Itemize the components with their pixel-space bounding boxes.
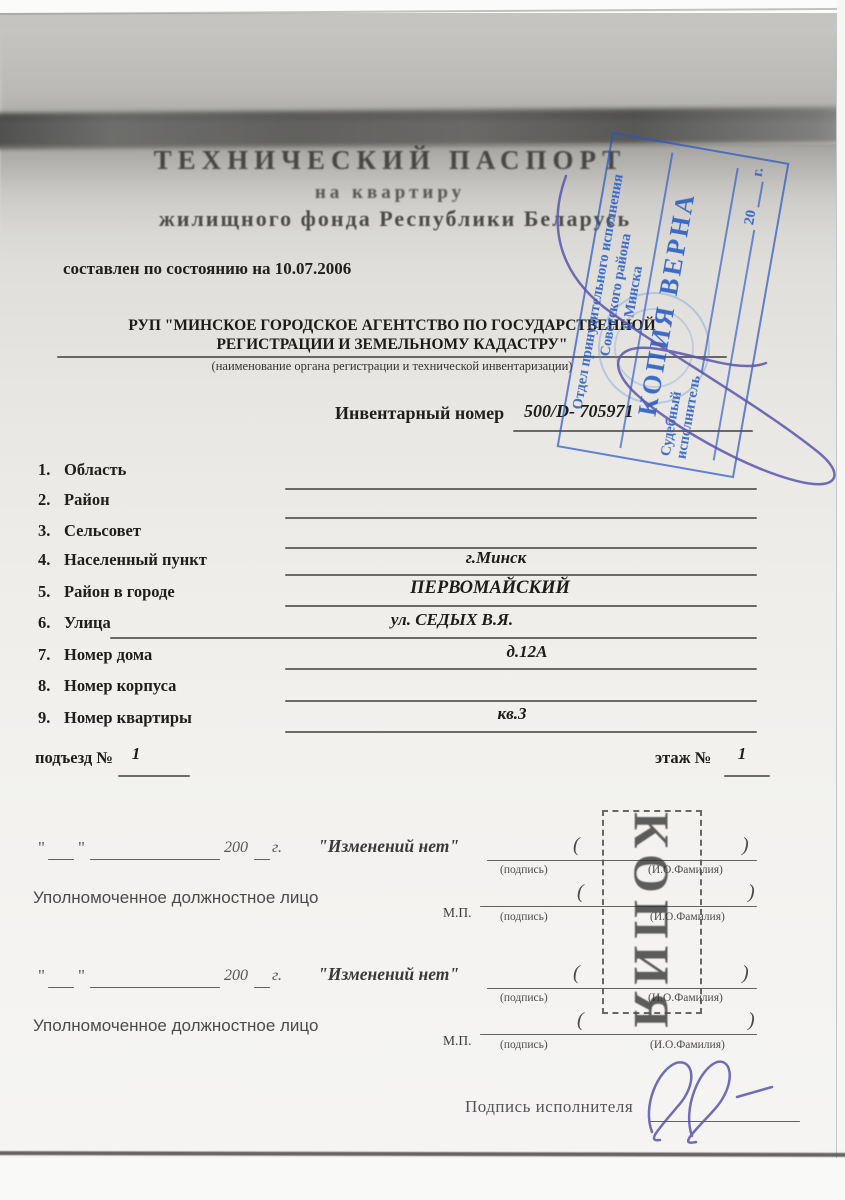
signature-caption: (подпись) <box>500 864 548 876</box>
copy-watermark-text: КОПИЯ <box>604 812 700 1012</box>
inventory-number-label: Инвентарный номер <box>335 403 504 424</box>
field-number: 2. <box>38 490 50 510</box>
date-quote-close: " <box>78 838 85 858</box>
scan-right-margin <box>837 0 845 1200</box>
field-value-apartment-number: кв.3 <box>498 704 527 724</box>
signature-caption: (подпись) <box>500 911 548 923</box>
official-label: Уполномоченное должностное лицо <box>33 888 318 908</box>
floor-label: этаж № <box>655 748 711 768</box>
paren-close: ) <box>742 834 749 857</box>
paren-open: ( <box>577 881 584 904</box>
stamp-year-suffix: г. <box>750 166 768 178</box>
paren-close: ) <box>742 962 749 985</box>
signature-caption: (подпись) <box>500 1039 548 1051</box>
field-line <box>285 488 757 490</box>
field-number: 1. <box>38 460 50 480</box>
date-day-line <box>48 987 74 988</box>
entrance-underline <box>118 775 190 777</box>
field-line <box>285 668 757 670</box>
date-year-suffix: г. <box>272 839 282 857</box>
field-line <box>285 517 757 519</box>
copy-watermark-stamp: КОПИЯ <box>602 810 702 1014</box>
entrance-label: подъезд № <box>35 748 113 768</box>
field-line <box>285 731 757 733</box>
official-label: Уполномоченное должностное лицо <box>33 1016 318 1036</box>
field-number: 5. <box>38 582 50 602</box>
field-label-selsovet: Сельсовет <box>64 521 141 541</box>
paren-open: ( <box>573 962 580 985</box>
compiled-date-line: составлен по состоянию на 10.07.2006 <box>63 259 351 279</box>
paren-close: ) <box>748 1009 755 1032</box>
date-month-line <box>90 987 220 988</box>
field-label-settlement: Населенный пункт <box>64 550 207 570</box>
field-number: 3. <box>38 521 50 541</box>
date-year: 200 <box>224 967 248 985</box>
field-number: 8. <box>38 676 50 696</box>
date-quote-open: " <box>38 966 45 986</box>
field-label-street: Улица <box>64 613 111 633</box>
field-label-building-number: Номер корпуса <box>64 676 176 696</box>
field-number: 6. <box>38 613 50 633</box>
date-year: 200 <box>224 839 248 857</box>
signature-line <box>480 1034 757 1035</box>
stamp-year: 20 <box>741 209 760 227</box>
field-value-street: ул. СЕДЫХ В.Я. <box>391 610 513 630</box>
date-year-suffix: г. <box>272 967 282 985</box>
field-label-house-number: Номер дома <box>64 645 152 665</box>
no-changes-note: "Изменений нет" <box>318 964 459 985</box>
field-label-raion: Район <box>64 490 110 510</box>
scanned-technical-passport-page: ТЕХНИЧЕСКИЙ ПАСПОРТ на квартиру жилищног… <box>0 0 845 1200</box>
date-year-line <box>254 859 270 860</box>
field-value-settlement: г.Минск <box>466 548 526 568</box>
field-label-apartment-number: Номер квартиры <box>64 708 192 728</box>
signature-caption: (подпись) <box>500 992 548 1004</box>
date-year-line <box>254 987 270 988</box>
scan-bottom-margin <box>0 1158 845 1200</box>
floor-value: 1 <box>738 744 747 764</box>
field-line <box>110 637 757 639</box>
field-value-house-number: д.12А <box>506 642 547 662</box>
seal-mark: М.П. <box>443 1033 472 1049</box>
date-quote-close: " <box>78 966 85 986</box>
paper-right-edge <box>836 80 837 1160</box>
paren-close: ) <box>748 881 755 904</box>
field-line <box>285 574 757 576</box>
executor-signature-line <box>650 1121 800 1122</box>
seal-mark: М.П. <box>443 905 472 921</box>
date-day-line <box>48 859 74 860</box>
field-line <box>285 700 757 702</box>
field-line <box>285 605 757 607</box>
paren-open: ( <box>577 1009 584 1032</box>
date-month-line <box>90 859 220 860</box>
no-changes-note: "Изменений нет" <box>318 836 459 857</box>
field-label-city-district: Район в городе <box>64 582 175 602</box>
field-number: 7. <box>38 645 50 665</box>
entrance-value: 1 <box>132 744 141 764</box>
paren-open: ( <box>573 834 580 857</box>
floor-underline <box>724 775 770 777</box>
scan-dark-band <box>0 107 845 149</box>
executor-signature-label: Подпись исполнителя <box>465 1097 633 1117</box>
date-quote-open: " <box>38 838 45 858</box>
field-label-oblast: Область <box>64 460 126 480</box>
field-number: 4. <box>38 550 50 570</box>
field-value-city-district: ПЕРВОМАЙСКИЙ <box>410 578 570 599</box>
name-caption: (И.О.Фамилия) <box>650 1039 725 1051</box>
stamp-date-line-short <box>757 181 763 207</box>
field-number: 9. <box>38 708 50 728</box>
